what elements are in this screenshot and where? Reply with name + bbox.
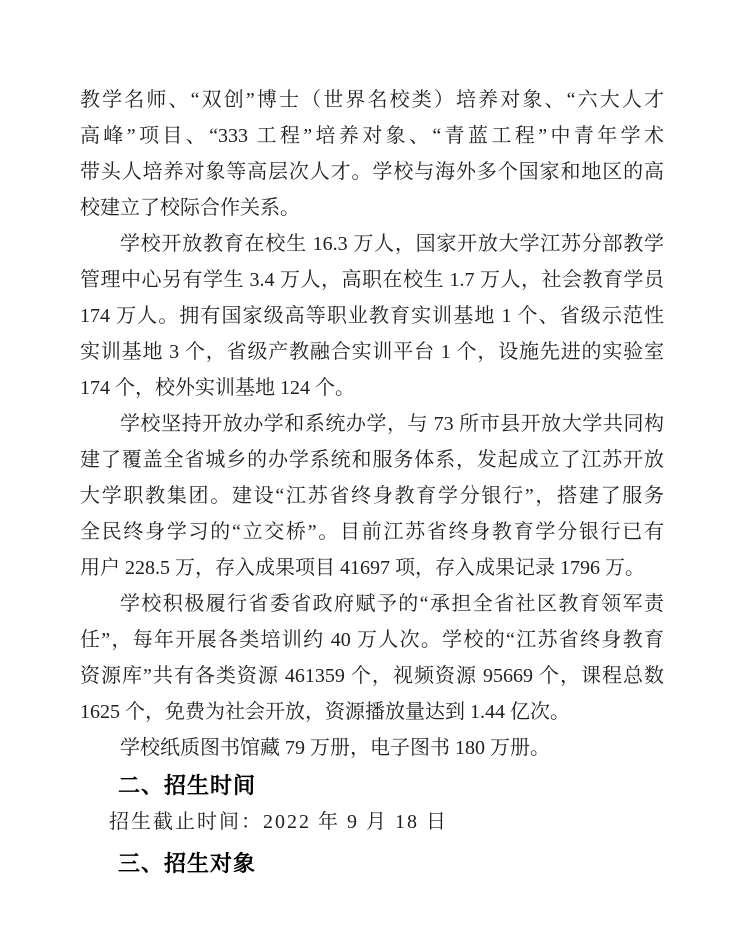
paragraph-talents: 教学名师、“双创”博士（世界名校类）培养对象、“六大人才 高峰”项目、“333 … <box>80 82 664 226</box>
paragraph-library: 学校纸质图书馆藏 79 万册，电子图书 180 万册。 <box>80 730 664 766</box>
text-line: 用户 228.5 万，存入成果项目 41697 项，存入成果记录 1796 万。 <box>80 550 664 586</box>
enrollment-deadline-text: 招生截止时间：2022 年 9 月 18 日 <box>109 804 664 840</box>
document-body: 教学名师、“双创”博士（世界名校类）培养对象、“六大人才 高峰”项目、“333 … <box>0 0 744 882</box>
text-line: 校建立了校际合作关系。 <box>80 190 664 226</box>
text-line: 任”，每年开展各类培训约 40 万人次。学校的“江苏省终身教育 <box>80 622 664 658</box>
text-line: 学校纸质图书馆藏 79 万册，电子图书 180 万册。 <box>80 730 664 766</box>
text-line: 174 万人。拥有国家级高等职业教育实训基地 1 个、省级示范性 <box>80 298 664 334</box>
text-line: 全民终身学习的“立交桥”。目前江苏省终身教育学分银行已有 <box>80 514 664 550</box>
text-line: 高峰”项目、“333 工程”培养对象、“青蓝工程”中青年学术 <box>80 118 664 154</box>
text-line: 学校积极履行省委省政府赋予的“承担全省社区教育领军责 <box>80 586 664 622</box>
text-line: 带头人培养对象等高层次人才。学校与海外多个国家和地区的高 <box>80 154 664 190</box>
text-line: 学校坚持开放办学和系统办学，与 73 所市县开放大学共同构 <box>80 406 664 442</box>
text-line: 建了覆盖全省城乡的办学系统和服务体系，发起成立了江苏开放 <box>80 442 664 478</box>
text-line: 1625 个，免费为社会开放，资源播放量达到 1.44 亿次。 <box>80 694 664 730</box>
text-line: 174 个，校外实训基地 124 个。 <box>80 370 664 406</box>
text-line: 资源库”共有各类资源 461359 个，视频资源 95669 个，课程总数 <box>80 658 664 694</box>
paragraph-community-education: 学校积极履行省委省政府赋予的“承担全省社区教育领军责 任”，每年开展各类培训约 … <box>80 586 664 730</box>
paragraph-credit-bank: 学校坚持开放办学和系统办学，与 73 所市县开放大学共同构 建了覆盖全省城乡的办… <box>80 406 664 586</box>
text-line: 大学职教集团。建设“江苏省终身教育学分银行”，搭建了服务 <box>80 478 664 514</box>
text-line: 管理中心另有学生 3.4 万人，高职在校生 1.7 万人，社会教育学员 <box>80 262 664 298</box>
paragraph-students: 学校开放教育在校生 16.3 万人，国家开放大学江苏分部教学 管理中心另有学生 … <box>80 226 664 406</box>
text-line: 教学名师、“双创”博士（世界名校类）培养对象、“六大人才 <box>80 82 664 118</box>
text-line: 学校开放教育在校生 16.3 万人，国家开放大学江苏分部教学 <box>80 226 664 262</box>
section-heading-enrollment-time: 二、招生时间 <box>118 768 664 804</box>
text-line: 实训基地 3 个，省级产教融合实训平台 1 个，设施先进的实验室 <box>80 334 664 370</box>
section-heading-enrollment-target: 三、招生对象 <box>118 846 664 882</box>
document-page: 教学名师、“双创”博士（世界名校类）培养对象、“六大人才 高峰”项目、“333 … <box>0 0 744 934</box>
